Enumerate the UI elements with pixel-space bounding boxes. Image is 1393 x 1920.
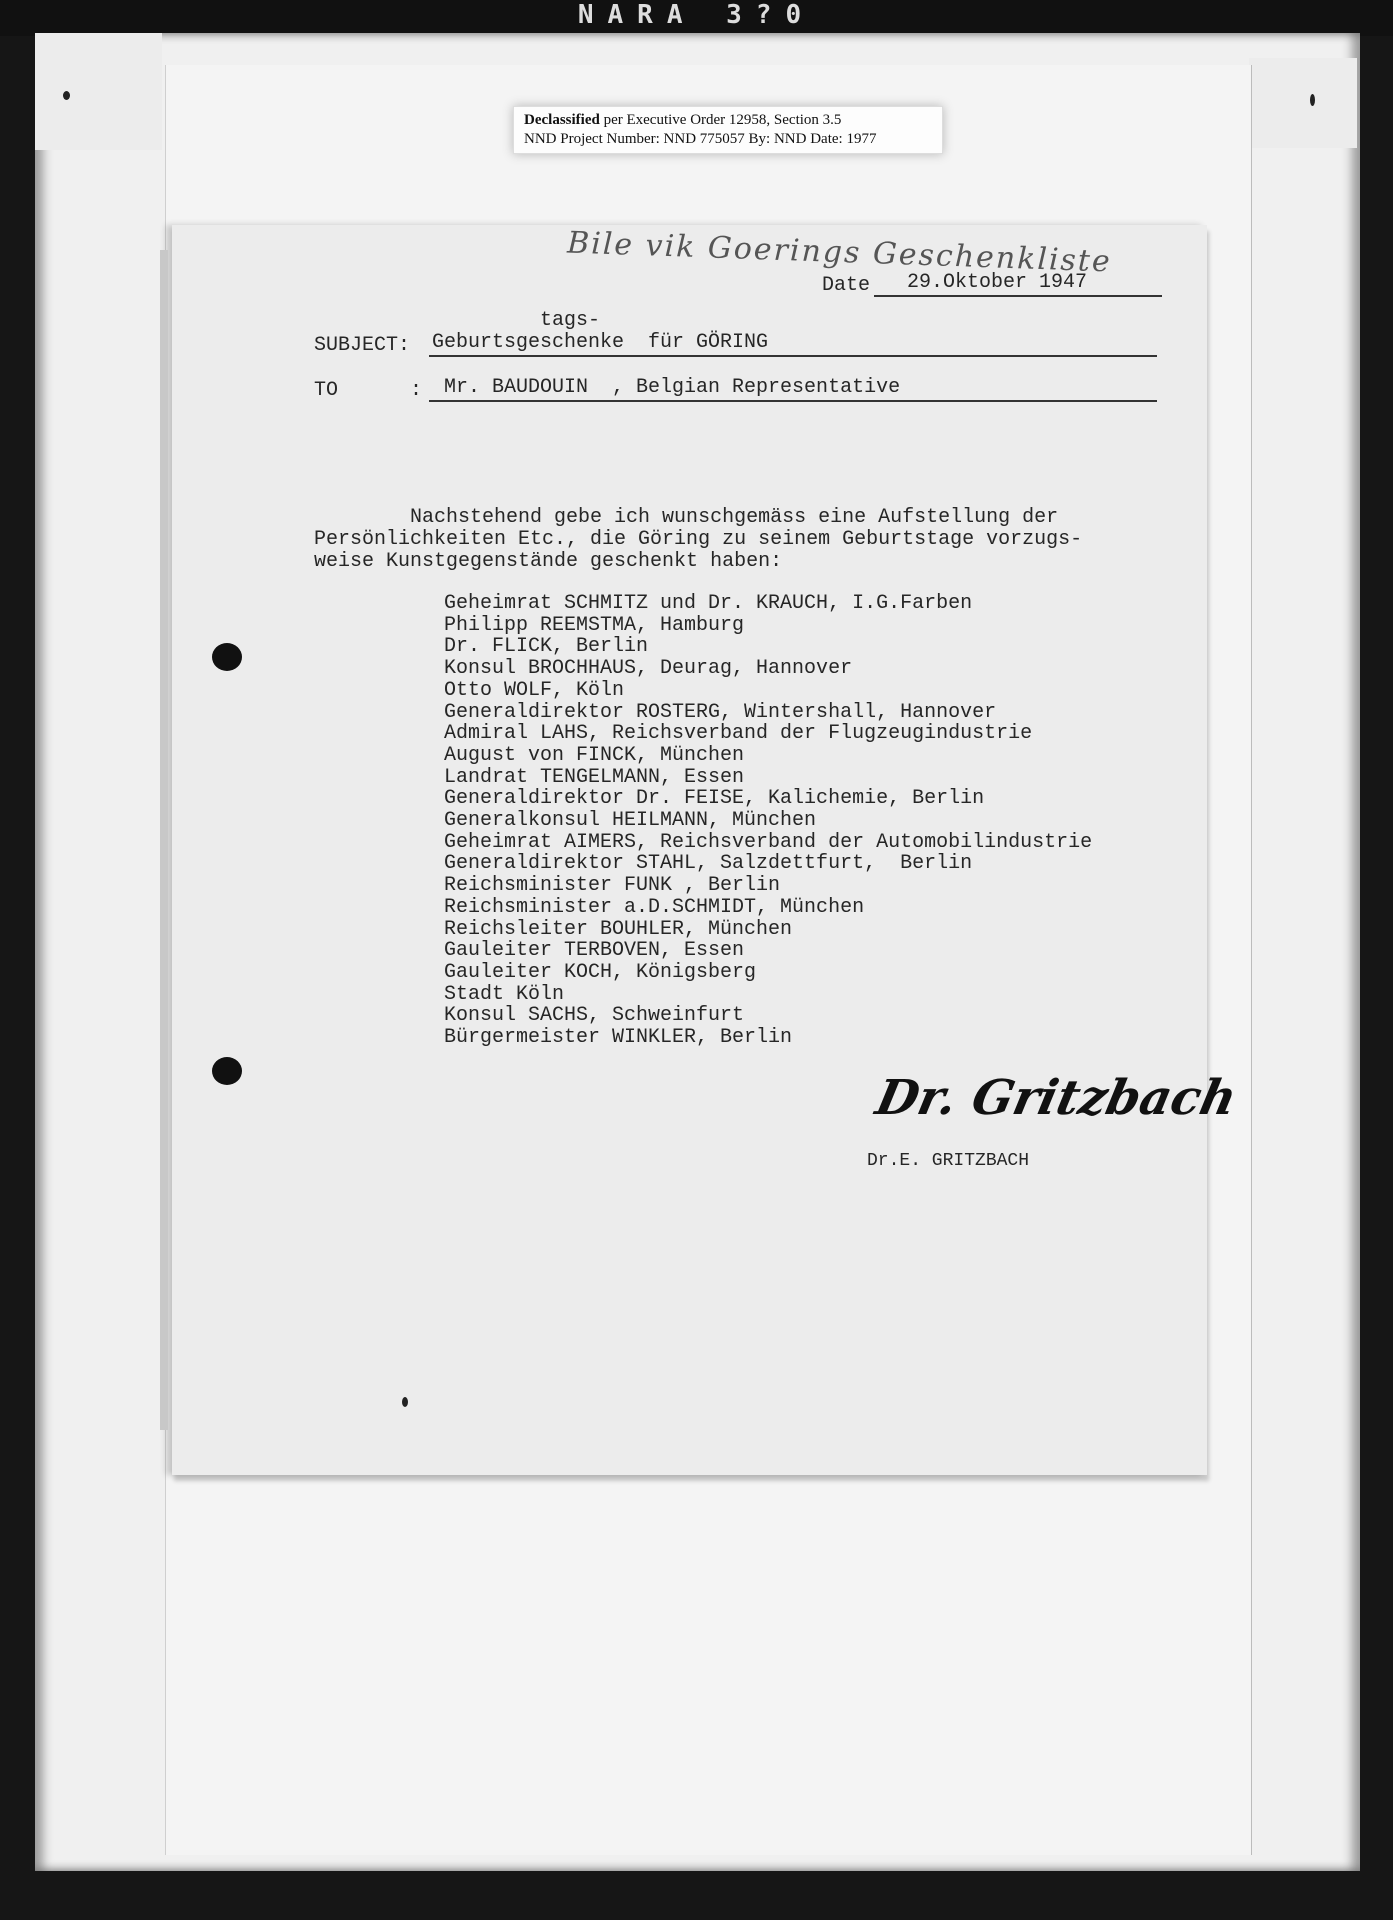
subject-underline: [429, 355, 1157, 357]
film-frame-header: NARA 3?0: [0, 0, 1393, 36]
handwritten-signature: Dr. Gritzbach: [871, 1070, 1242, 1126]
list-item: Gauleiter TERBOVEN, Essen: [444, 940, 1092, 962]
list-item: Reichsleiter BOUHLER, München: [444, 919, 1092, 941]
list-item: Otto WOLF, Köln: [444, 680, 1092, 702]
list-item: Philipp REEMSTMA, Hamburg: [444, 615, 1092, 637]
list-item: August von FINCK, München: [444, 745, 1092, 767]
body-paragraph: Nachstehend gebe ich wunschgemäss eine A…: [314, 507, 1082, 573]
date-label: Date: [822, 275, 870, 297]
list-item: Konsul SACHS, Schweinfurt: [444, 1005, 1092, 1027]
stamp-line-1: Declassified per Executive Order 12958, …: [524, 111, 932, 130]
list-item: Generaldirektor Dr. FEISE, Kalichemie, B…: [444, 788, 1092, 810]
typed-letter: Bile vik Goerings Geschenkliste Date 29.…: [172, 225, 1207, 1475]
list-item: Generaldirektor ROSTERG, Wintershall, Ha…: [444, 702, 1092, 724]
date-underline: [874, 295, 1162, 297]
list-item: Reichsminister FUNK , Berlin: [444, 875, 1092, 897]
list-item: Dr. FLICK, Berlin: [444, 636, 1092, 658]
list-item: Admiral LAHS, Reichsverband der Flugzeug…: [444, 723, 1092, 745]
list-item: Bürgermeister WINKLER, Berlin: [444, 1027, 1092, 1049]
margin-box-right: [1249, 58, 1357, 148]
subject-value: Geburtsgeschenke für GÖRING: [432, 332, 768, 354]
list-item: Konsul BROCHHAUS, Deurag, Hannover: [444, 658, 1092, 680]
donor-list: Geheimrat SCHMITZ und Dr. KRAUCH, I.G.Fa…: [444, 593, 1092, 1049]
declassification-stamp: Declassified per Executive Order 12958, …: [513, 106, 943, 154]
body-line: weise Kunstgegenstände geschenkt haben:: [314, 551, 1082, 573]
list-item: Landrat TENGELMANN, Essen: [444, 767, 1092, 789]
list-item: Geheimrat SCHMITZ und Dr. KRAUCH, I.G.Fa…: [444, 593, 1092, 615]
to-underline: [429, 400, 1157, 402]
page-edge-shadow: [160, 250, 168, 1430]
list-item: Reichsminister a.D.SCHMIDT, München: [444, 897, 1092, 919]
punch-hole: [212, 643, 242, 671]
ink-mark: [402, 1397, 408, 1407]
body-line: Nachstehend gebe ich wunschgemäss eine A…: [314, 507, 1082, 529]
subject-insert: tags-: [540, 310, 600, 332]
list-item: Gauleiter KOCH, Königsberg: [444, 962, 1092, 984]
punch-hole: [212, 1057, 242, 1085]
signatory-name: Dr.E. GRITZBACH: [867, 1150, 1029, 1172]
margin-box-left: [35, 33, 162, 150]
body-line: Persönlichkeiten Etc., die Göring zu sei…: [314, 529, 1082, 551]
subject-label: SUBJECT:: [314, 335, 410, 357]
to-value: Mr. BAUDOUIN , Belgian Representative: [444, 377, 900, 399]
list-item: Generaldirektor STAHL, Salzdettfurt, Ber…: [444, 853, 1092, 875]
list-item: Stadt Köln: [444, 984, 1092, 1006]
date-value: 29.Oktober 1947: [907, 272, 1087, 294]
to-label: TO :: [314, 380, 422, 402]
ink-mark: [63, 91, 70, 100]
list-item: Geheimrat AIMERS, Reichsverband der Auto…: [444, 832, 1092, 854]
stamp-line-2: NND Project Number: NND 775057 By: NND D…: [524, 130, 932, 149]
ink-mark: [1310, 94, 1315, 106]
list-item: Generalkonsul HEILMANN, München: [444, 810, 1092, 832]
